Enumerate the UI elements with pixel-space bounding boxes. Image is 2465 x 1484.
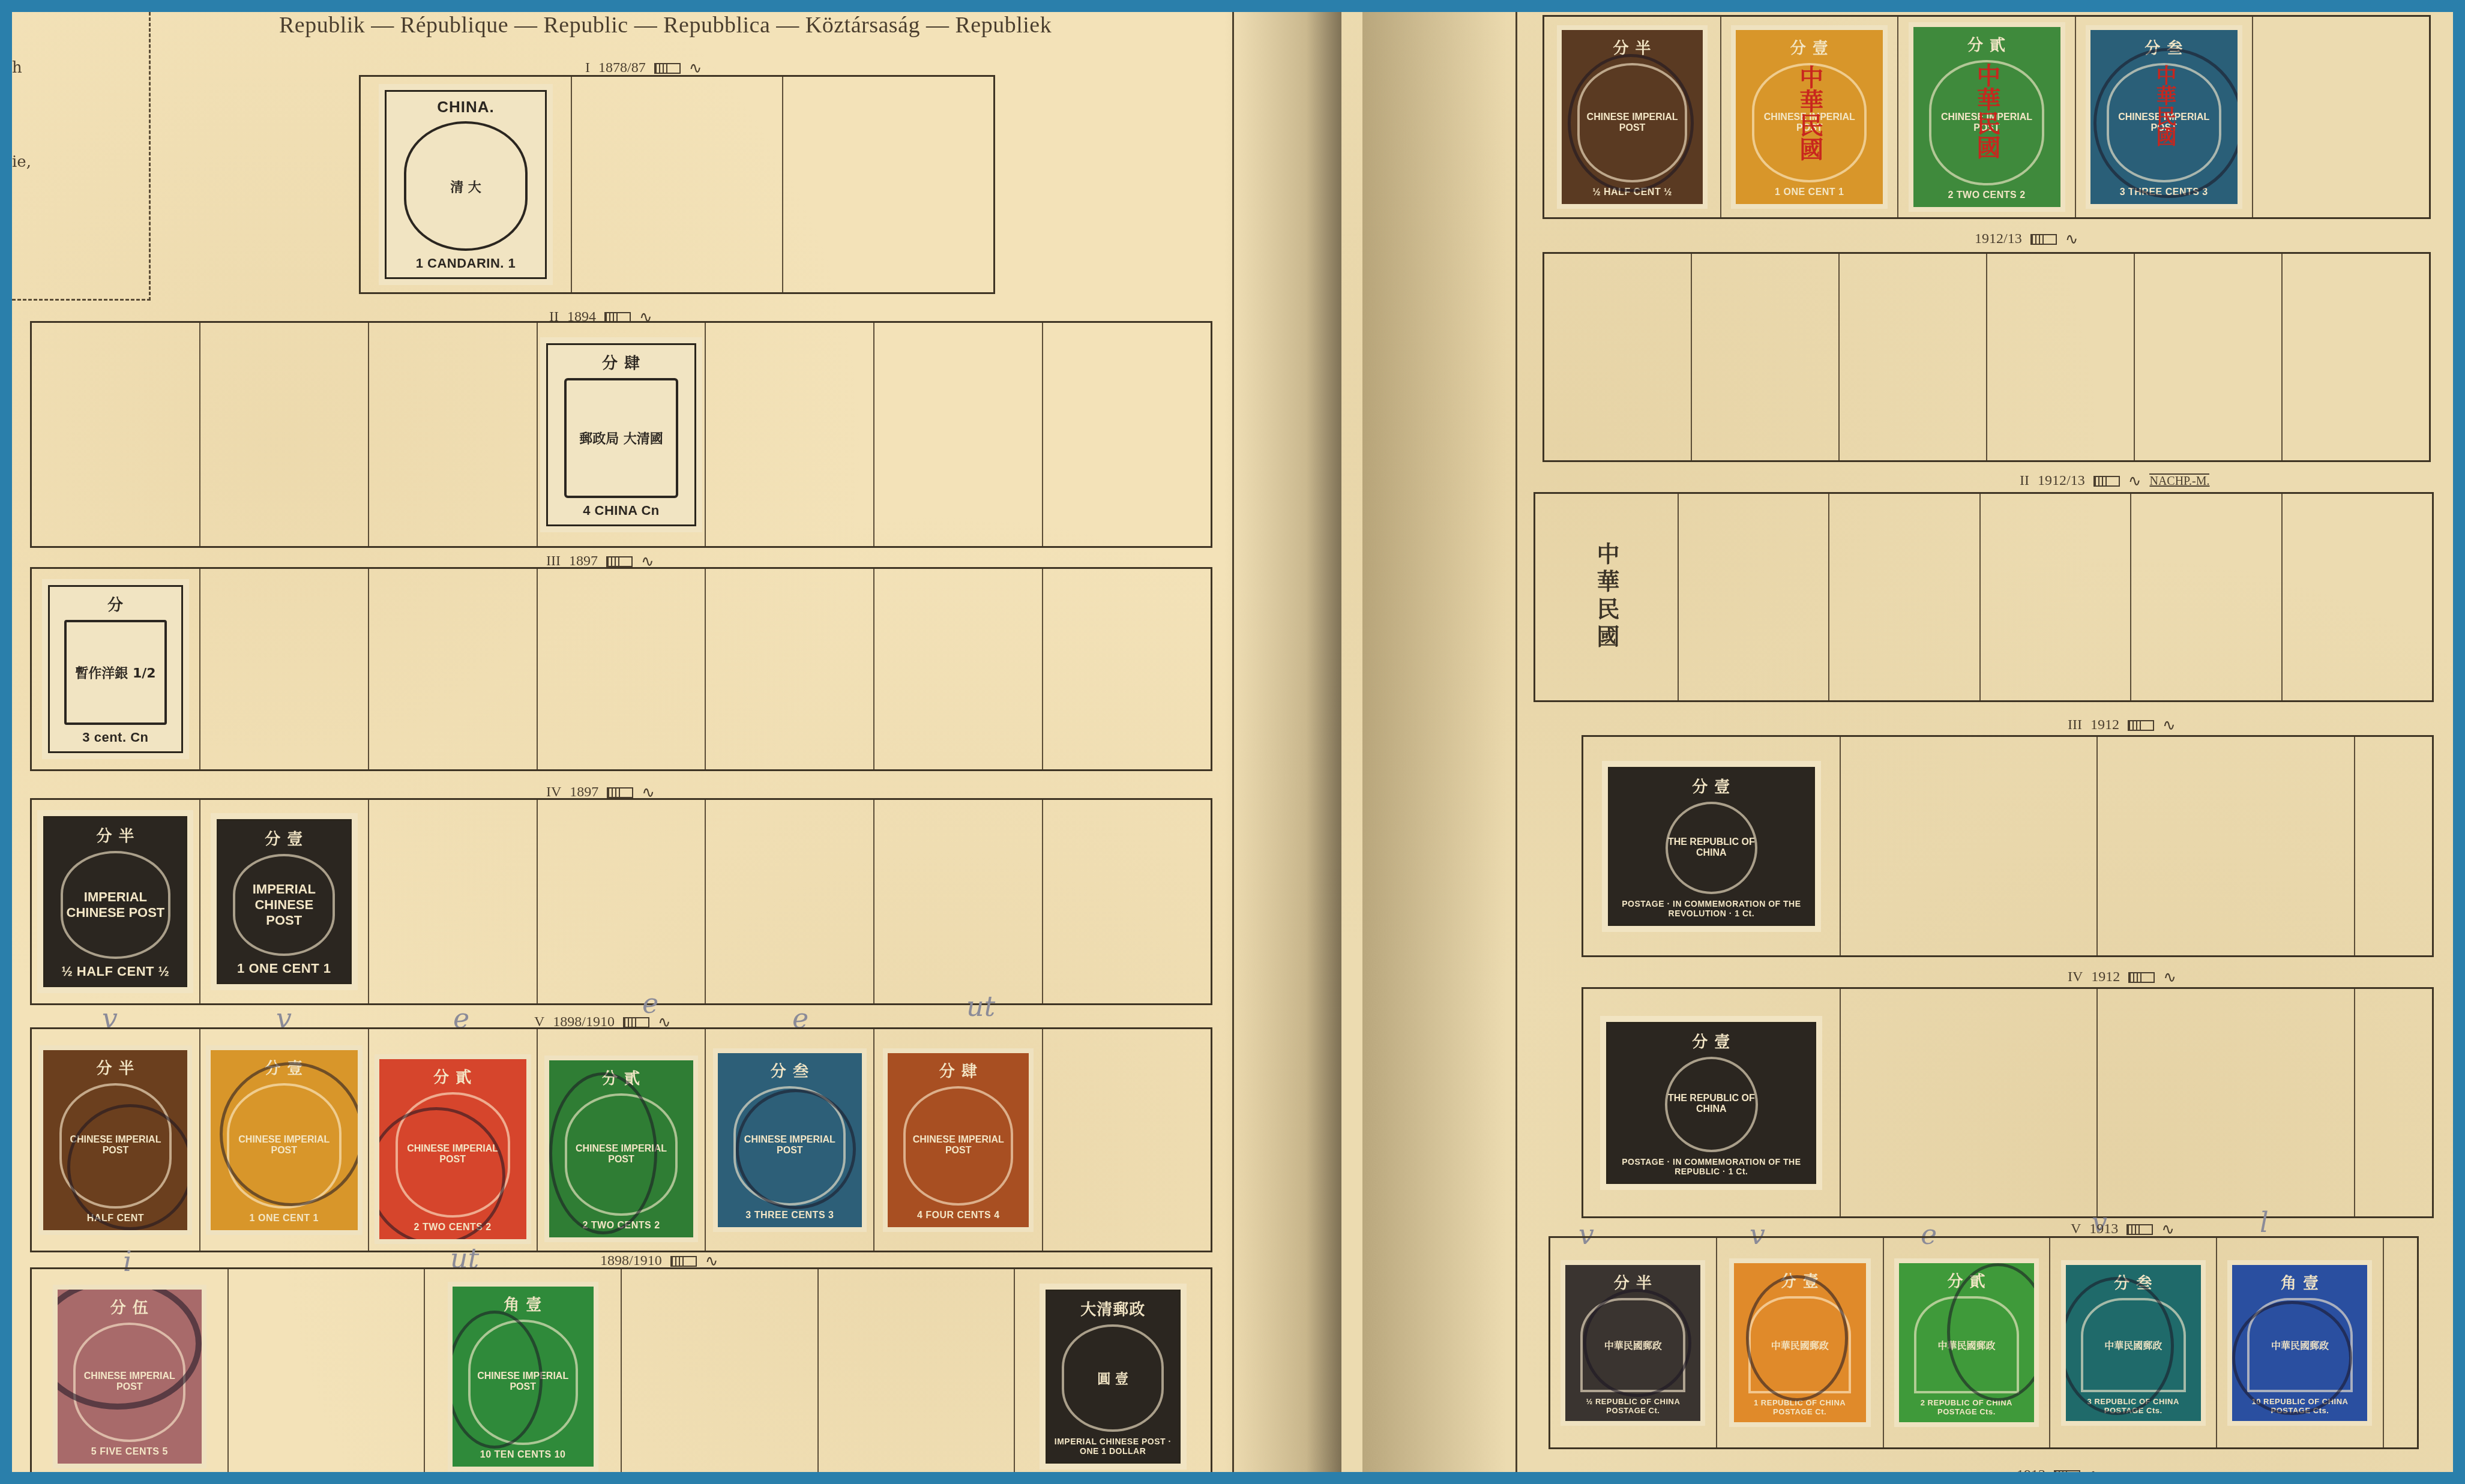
stamp-slot[interactable] <box>874 800 1043 1003</box>
postmark-cancel <box>220 1062 358 1206</box>
stamp-slot[interactable] <box>2355 737 2432 955</box>
dragon-vignette: IMPERIAL CHINESE POST <box>233 854 335 956</box>
stamp-slot[interactable] <box>200 323 369 546</box>
album-spread: h ie, Republik — République — Republic —… <box>12 12 2453 1472</box>
stamp[interactable]: 分 貳 CHINESE IMPERIAL POST 2 TWO CENTS 2 … <box>1913 27 2060 207</box>
dragon-vignette: IMPERIAL CHINESE POST <box>61 851 170 959</box>
stamp[interactable]: 分 半 IMPERIAL CHINESE POST ½ HALF CENT ½ <box>43 816 187 987</box>
stamp[interactable]: 分 暫作洋銀 1/2 3 cent. Cn <box>48 585 183 753</box>
stamp-row-IV-1912: 分 壹 THE REPUBLIC OF CHINA POSTAGE · IN C… <box>1582 987 2434 1218</box>
section-label: III 1912 ∿ <box>2068 717 2176 733</box>
perforation-gauge-icon <box>2054 1470 2080 1473</box>
stamp[interactable]: 角 壹 中華民國郵政 10 REPUBLIC OF CHINA POSTAGE … <box>2232 1265 2367 1421</box>
section-number: III <box>2068 717 2082 733</box>
perforation-gauge-icon <box>2128 720 2154 731</box>
perforation-gauge-icon <box>670 1256 697 1267</box>
section-number: I <box>585 60 590 76</box>
stamp-slot[interactable]: 分 壹 CHINESE IMPERIAL POST 1 ONE CENT 1 <box>200 1029 369 1251</box>
stamp-slot[interactable] <box>2135 254 2283 460</box>
stamp[interactable]: 大清郵政 圓 壹 IMPERIAL CHINESE POST · ONE 1 D… <box>1046 1290 1181 1464</box>
stamp-slot[interactable]: 分 半 中華民國郵政 ½ REPUBLIC OF CHINA POSTAGE C… <box>1550 1238 1717 1447</box>
stamp-slot[interactable]: 分 叁 CHINESE IMPERIAL POST 3 THREE CENTS … <box>2076 17 2253 217</box>
section-label: 1913 ∿ <box>2017 1467 2102 1472</box>
stamp-slot[interactable]: 分 壹 CHINESE IMPERIAL POST 1 ONE CENT 1 中… <box>1721 17 1898 217</box>
section-year: 1898/1910 <box>600 1253 662 1269</box>
stamp-slot[interactable]: 分 貳 CHINESE IMPERIAL POST 2 TWO CENTS 2 … <box>1898 17 2075 217</box>
section-year: 1912/13 <box>1975 231 2022 247</box>
stamp-slot[interactable] <box>369 800 538 1003</box>
postmark-cancel <box>2093 48 2238 198</box>
postmark-cancel <box>1746 1275 1848 1401</box>
section-year: 1912 <box>2090 717 2119 733</box>
overprint-text: 中華民國 <box>1797 65 1822 161</box>
stamp-slot[interactable] <box>2131 494 2282 700</box>
postmark-cancel <box>67 1104 187 1230</box>
gutter-shadow <box>1224 12 1341 1472</box>
section-label: II 1912/13 ∿ NACHP.-M. <box>2020 473 2209 489</box>
stamp-row-I: CHINA. 清 大 1 CANDARIN. 1 <box>359 75 995 294</box>
stamp[interactable]: 角 壹 CHINESE IMPERIAL POST 10 TEN CENTS 1… <box>453 1287 594 1467</box>
stamp[interactable]: 分 壹 CHINESE IMPERIAL POST 1 ONE CENT 1 <box>211 1050 358 1230</box>
postmark-cancel <box>736 1089 856 1209</box>
wild-goose-vignette: 圓 壹 <box>1062 1324 1164 1432</box>
stamp-slot[interactable] <box>32 323 200 546</box>
section-number: V <box>2071 1221 2081 1237</box>
stamp-slot[interactable]: 分 壹 THE REPUBLIC OF CHINA POSTAGE · IN C… <box>1583 737 1841 955</box>
pencil-mark: ut <box>966 990 995 1023</box>
overprint-text: 中華民國 <box>1974 63 1999 159</box>
stamp[interactable]: 分 肆 郵政局 大清國 4 CHINA Cn <box>546 343 696 526</box>
stamp-slot[interactable]: 分 半 CHINESE IMPERIAL POST ½ HALF CENT ½ <box>1544 17 1721 217</box>
stamp-slot[interactable] <box>1544 254 1692 460</box>
watermark-wave-icon: ∿ <box>705 1254 718 1269</box>
stamp-slot[interactable] <box>874 569 1043 769</box>
watermark-wave-icon: ∿ <box>2163 970 2176 985</box>
section-year: 1878/87 <box>598 60 646 76</box>
stamp-slot[interactable] <box>1987 254 2135 460</box>
postmark-cancel <box>453 1311 543 1449</box>
stamp-row-1912-13 <box>1543 252 2431 462</box>
page-border-line <box>1515 12 1517 1472</box>
stamp-slot[interactable] <box>369 569 538 769</box>
stamp-slot[interactable] <box>706 323 874 546</box>
stamp[interactable]: CHINA. 清 大 1 CANDARIN. 1 <box>385 90 547 279</box>
stamp-slot[interactable] <box>1043 569 1211 769</box>
dotted-margin-box <box>12 12 151 301</box>
stamp-row-IV: 分 半 IMPERIAL CHINESE POST ½ HALF CENT ½ … <box>30 798 1212 1005</box>
stamp-slot[interactable]: 分 貳 CHINESE IMPERIAL POST 2 TWO CENTS 2 <box>538 1029 706 1251</box>
postmark-cancel <box>2066 1277 2174 1415</box>
stamp-slot[interactable] <box>622 1269 819 1472</box>
perforation-gauge-icon <box>2030 234 2057 245</box>
perforation-gauge-icon <box>2128 972 2155 983</box>
stamp[interactable]: 分 貳 中華民國郵政 2 REPUBLIC OF CHINA POSTAGE C… <box>1899 1263 2034 1422</box>
stamp-row-V-cont: 分 伍 CHINESE IMPERIAL POST 5 FIVE CENTS 5… <box>30 1267 1212 1472</box>
stamp-slot[interactable]: 分 貳 CHINESE IMPERIAL POST 2 TWO CENTS 2 <box>369 1029 538 1251</box>
stamp[interactable]: 分 貳 CHINESE IMPERIAL POST 2 TWO CENTS 2 <box>549 1060 693 1237</box>
dragon-vignette: CHINESE IMPERIAL POST <box>903 1086 1013 1206</box>
stamp-slot[interactable] <box>2283 254 2429 460</box>
stamp-slot[interactable]: 角 壹 中華民國郵政 10 REPUBLIC OF CHINA POSTAGE … <box>2217 1238 2384 1447</box>
stamp-slot[interactable]: 角 壹 CHINESE IMPERIAL POST 10 TEN CENTS 1… <box>425 1269 622 1472</box>
stamp-slot[interactable] <box>1829 494 1980 700</box>
watermark-wave-icon: ∿ <box>2128 473 2141 489</box>
pencil-mark: l <box>2260 1206 2269 1239</box>
stamp[interactable]: 分 壹 中華民國郵政 1 REPUBLIC OF CHINA POSTAGE C… <box>1734 1263 1866 1422</box>
postmark-cancel <box>1583 1289 1691 1397</box>
portrait-vignette: THE REPUBLIC OF CHINA <box>1665 1057 1759 1152</box>
stamp-slot[interactable]: 分 壹 中華民國郵政 1 REPUBLIC OF CHINA POSTAGE C… <box>1717 1238 1884 1447</box>
page-title: Republik — République — Republic — Repub… <box>279 12 1052 38</box>
perforation-gauge-icon <box>607 787 633 798</box>
stamp-slot[interactable] <box>1841 989 2098 1216</box>
section-number: II <box>2020 473 2029 489</box>
stamp-slot[interactable] <box>2098 989 2355 1216</box>
stamp-slot[interactable] <box>706 800 874 1003</box>
stamp-slot[interactable] <box>2253 17 2429 217</box>
stamp[interactable]: 分 壹 CHINESE IMPERIAL POST 1 ONE CENT 1 中… <box>1736 30 1883 204</box>
watermark-wave-icon: ∿ <box>2089 1468 2102 1473</box>
stamp-row-II: 分 肆 郵政局 大清國 4 CHINA Cn <box>30 321 1212 548</box>
stamp-slot[interactable] <box>2355 989 2432 1216</box>
perforation-gauge-icon <box>2093 476 2120 487</box>
stamp-slot[interactable] <box>2098 737 2355 955</box>
section-label: I 1878/87 ∿ <box>585 60 702 76</box>
stamp-slot[interactable] <box>1840 254 1987 460</box>
stamp-slot[interactable]: CHINA. 清 大 1 CANDARIN. 1 <box>361 77 572 292</box>
stamp-slot[interactable]: 大清郵政 圓 壹 IMPERIAL CHINESE POST · ONE 1 D… <box>1015 1269 1211 1472</box>
stamp-slot[interactable] <box>1043 1029 1211 1251</box>
stamp[interactable]: 分 貳 CHINESE IMPERIAL POST 2 TWO CENTS 2 <box>379 1059 526 1239</box>
stamp-slot[interactable] <box>874 323 1043 546</box>
stamp[interactable]: 分 伍 CHINESE IMPERIAL POST 5 FIVE CENTS 5 <box>58 1290 202 1464</box>
stamp-slot[interactable]: 分 叁 CHINESE IMPERIAL POST 3 THREE CENTS … <box>706 1029 874 1251</box>
stamp[interactable]: 分 肆 CHINESE IMPERIAL POST 4 FOUR CENTS 4 <box>888 1053 1029 1227</box>
stamp-slot[interactable] <box>369 323 538 546</box>
stamp-slot[interactable] <box>1692 254 1840 460</box>
section-label: 1898/1910 ∿ <box>600 1253 718 1269</box>
margin-fragment: ie, <box>12 153 31 171</box>
stamp-row-overprints: 分 半 CHINESE IMPERIAL POST ½ HALF CENT ½ … <box>1543 15 2431 219</box>
surcharge-vignette: 暫作洋銀 1/2 <box>64 620 166 725</box>
stamp-slot[interactable] <box>783 77 993 292</box>
section-year: 1913 <box>2089 1221 2118 1237</box>
stamp[interactable]: 分 半 CHINESE IMPERIAL POST ½ HALF CENT ½ <box>1562 30 1703 204</box>
section-year: 1913 <box>2017 1467 2045 1472</box>
section-number: IV <box>2068 969 2083 985</box>
stamp[interactable]: 分 壹 IMPERIAL CHINESE POST 1 ONE CENT 1 <box>217 819 352 984</box>
section-label: 1912/13 ∿ <box>1975 231 2078 247</box>
watermark-wave-icon: ∿ <box>689 61 702 76</box>
stamp-slot[interactable]: 分 壹 IMPERIAL CHINESE POST 1 ONE CENT 1 <box>200 800 369 1003</box>
section-label: V 1913 ∿ <box>2071 1221 2175 1237</box>
perforation-gauge-icon <box>606 556 633 567</box>
watermark-wave-icon: ∿ <box>2163 718 2176 733</box>
watermark-wave-icon: ∿ <box>2161 1222 2175 1237</box>
perforation-gauge-icon <box>2126 1224 2153 1235</box>
postmark-cancel <box>549 1072 657 1234</box>
postmark-cancel <box>2232 1301 2352 1415</box>
stamp-row-V: 分 半 CHINESE IMPERIAL POST HALF CENT 分 壹 … <box>30 1027 1212 1252</box>
stamp-slot[interactable] <box>2283 494 2432 700</box>
stamp-row-III-1912: 分 壹 THE REPUBLIC OF CHINA POSTAGE · IN C… <box>1582 735 2434 957</box>
stamp-slot[interactable] <box>572 77 783 292</box>
stamp-slot[interactable]: 分 肆 CHINESE IMPERIAL POST 4 FOUR CENTS 4 <box>874 1029 1043 1251</box>
stamp[interactable]: 分 叁 CHINESE IMPERIAL POST 3 THREE CENTS … <box>718 1053 862 1227</box>
stamp-row-III: 分 暫作洋銀 1/2 3 cent. Cn <box>30 567 1212 771</box>
stamp-slot[interactable] <box>538 569 706 769</box>
stamp-slot[interactable]: 分 伍 CHINESE IMPERIAL POST 5 FIVE CENTS 5 <box>32 1269 229 1472</box>
stamp[interactable]: 分 半 中華民國郵政 ½ REPUBLIC OF CHINA POSTAGE C… <box>1565 1265 1700 1421</box>
postmark-cancel <box>1568 54 1694 192</box>
stamp-slot[interactable]: 分 半 IMPERIAL CHINESE POST ½ HALF CENT ½ <box>32 800 200 1003</box>
row-heading-cell: 中華民國 <box>1535 494 1679 700</box>
stamp[interactable]: 分 壹 THE REPUBLIC OF CHINA POSTAGE · IN C… <box>1608 767 1815 926</box>
stamp-slot[interactable] <box>1043 323 1211 546</box>
dragon-vignette: 清 大 <box>404 121 528 251</box>
stamp-slot[interactable]: 分 肆 郵政局 大清國 4 CHINA Cn <box>538 323 706 546</box>
stamp-slot[interactable] <box>229 1269 426 1472</box>
stamp-slot[interactable]: 分 貳 中華民國郵政 2 REPUBLIC OF CHINA POSTAGE C… <box>1884 1238 2051 1447</box>
reprint-note: NACHP.-M. <box>2149 473 2209 488</box>
stamp-slot[interactable] <box>706 569 874 769</box>
stamp-slot[interactable] <box>538 800 706 1003</box>
stamp-row-II-1912-13: 中華民國 <box>1533 492 2434 702</box>
stamp-slot[interactable] <box>1841 737 2098 955</box>
stamp-slot[interactable]: 分 暫作洋銀 1/2 3 cent. Cn <box>32 569 200 769</box>
portrait-vignette: THE REPUBLIC OF CHINA <box>1666 802 1757 894</box>
stamp-slot[interactable] <box>2384 1238 2417 1447</box>
stamp[interactable]: 分 叁 中華民國郵政 3 REPUBLIC OF CHINA POSTAGE C… <box>2066 1265 2201 1421</box>
section-year: 1912/13 <box>2038 473 2085 489</box>
margin-fragment: h <box>12 59 22 77</box>
stamp[interactable]: 分 壹 THE REPUBLIC OF CHINA POSTAGE · IN C… <box>1606 1022 1816 1184</box>
stamp-slot[interactable]: 分 半 CHINESE IMPERIAL POST HALF CENT <box>32 1029 200 1251</box>
stamp-row-V-1913: 分 半 中華民國郵政 ½ REPUBLIC OF CHINA POSTAGE C… <box>1549 1236 2419 1449</box>
gutter-shadow <box>1362 12 1506 1472</box>
stamp-slot[interactable]: 分 壹 THE REPUBLIC OF CHINA POSTAGE · IN C… <box>1583 989 1841 1216</box>
stamp-slot[interactable]: 分 叁 中華民國郵政 3 REPUBLIC OF CHINA POSTAGE C… <box>2050 1238 2217 1447</box>
stamp-slot[interactable] <box>1981 494 2131 700</box>
dragon-vignette: 郵政局 大清國 <box>564 378 678 498</box>
stamp-slot[interactable] <box>1679 494 1829 700</box>
stamp[interactable]: 分 叁 CHINESE IMPERIAL POST 3 THREE CENTS … <box>2090 30 2238 204</box>
section-label: IV 1912 ∿ <box>2068 969 2176 985</box>
stamp-slot[interactable] <box>819 1269 1016 1472</box>
stamp-slot[interactable] <box>1043 800 1211 1003</box>
section-year: 1912 <box>2091 969 2120 985</box>
watermark-wave-icon: ∿ <box>2065 232 2078 247</box>
republic-of-china-heading: 中華民國 <box>1590 542 1623 652</box>
stamp[interactable]: 分 半 CHINESE IMPERIAL POST HALF CENT <box>43 1050 187 1230</box>
perforation-gauge-icon <box>623 1017 649 1028</box>
perforation-gauge-icon <box>654 63 681 74</box>
stamp-slot[interactable] <box>200 569 369 769</box>
left-page: h ie, Republik — République — Republic —… <box>12 12 1341 1472</box>
right-page: 分 半 CHINESE IMPERIAL POST ½ HALF CENT ½ … <box>1341 12 2453 1472</box>
